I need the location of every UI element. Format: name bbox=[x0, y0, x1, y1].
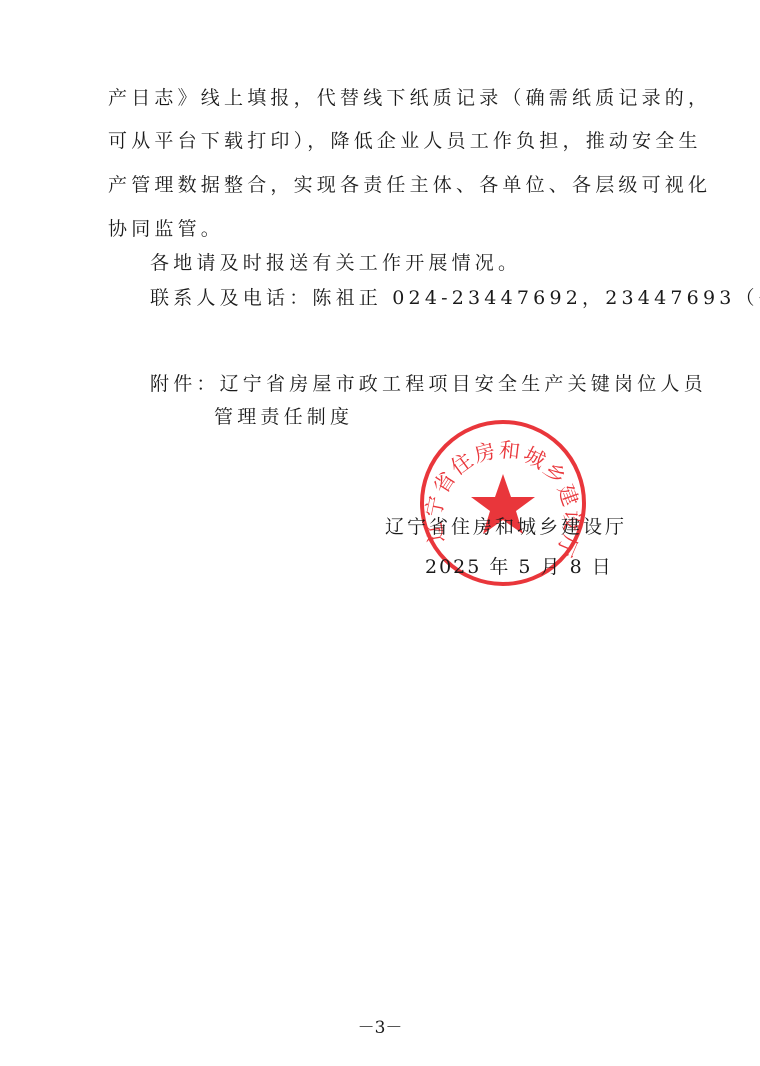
attachment-line-1: 附件：辽宁省房屋市政工程项目安全生产关键岗位人员 bbox=[150, 372, 707, 396]
body-line-1: 产日志》线上填报，代替线下纸质记录（确需纸质记录的， bbox=[108, 86, 711, 110]
body-line-4: 协同监管。 bbox=[108, 217, 224, 241]
body-line-3: 产管理数据整合，实现各责任主体、各单位、各层级可视化 bbox=[108, 173, 711, 197]
document-page: 产日志》线上填报，代替线下纸质记录（确需纸质记录的， 可从平台下载打印），降低企… bbox=[0, 0, 760, 1066]
body-line-2: 可从平台下载打印），降低企业人员工作负担，推动安全生 bbox=[108, 129, 702, 153]
request-line: 各地请及时报送有关工作开展情况。 bbox=[150, 251, 521, 275]
attachment-line-2: 管理责任制度 bbox=[214, 405, 353, 429]
issuer-name: 辽宁省住房和城乡建设厅 bbox=[385, 512, 627, 539]
issue-date: 2025 年 5 月 8 日 bbox=[425, 552, 613, 579]
page-number: －3－ bbox=[0, 1013, 760, 1038]
contact-line: 联系人及电话：陈祖正 024-23447692，23447693（传真） bbox=[150, 286, 760, 310]
